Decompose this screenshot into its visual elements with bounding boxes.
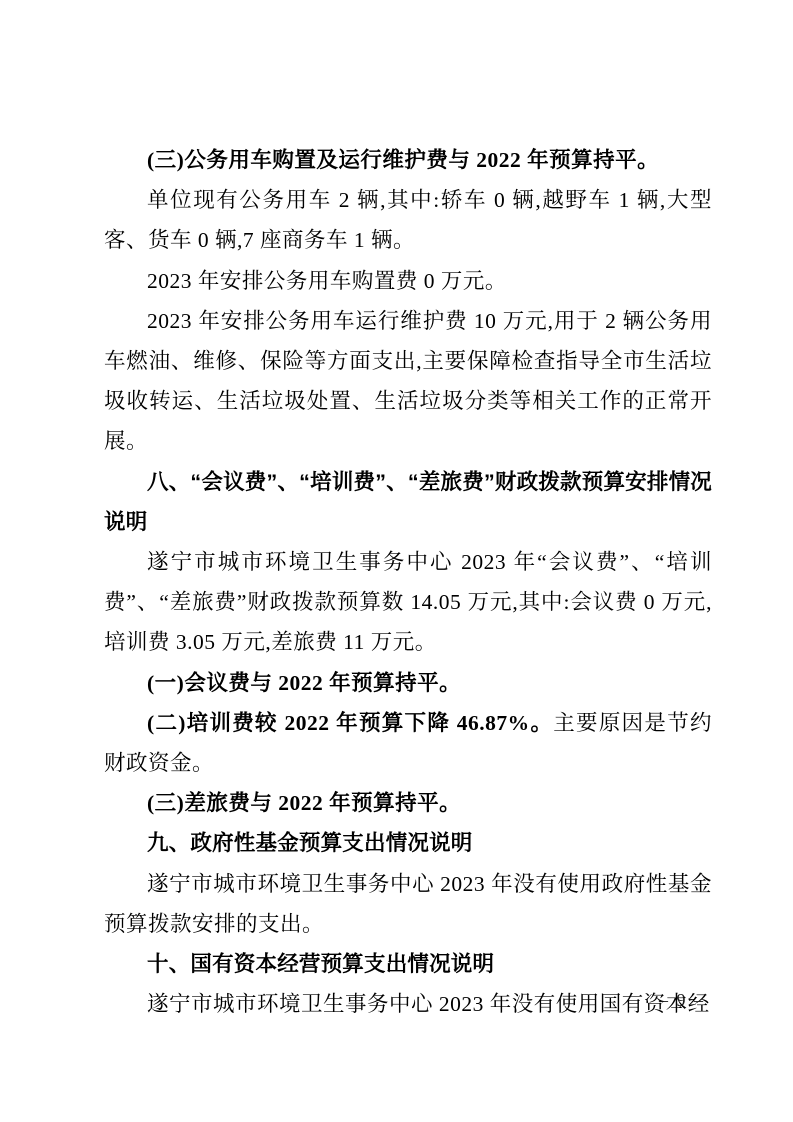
section-heading-ten-state-capital: 十、国有资本经营预算支出情况说明: [104, 944, 712, 984]
paragraph-vehicle-inventory: 单位现有公务用车 2 辆,其中:轿车 0 辆,越野车 1 辆,大型客、货车 0 …: [104, 180, 712, 260]
document-body: (三)公务用车购置及运行维护费与 2022 年预算持平。 单位现有公务用车 2 …: [104, 140, 712, 1024]
paragraph-meeting-fee-heading: (一)会议费与 2022 年预算持平。: [104, 663, 712, 703]
paragraph-gov-funds-statement: 遂宁市城市环境卫生事务中心 2023 年没有使用政府性基金预算拨款安排的支出。: [104, 864, 712, 944]
paragraph-vehicle-purchase-cost: 2023 年安排公务用车购置费 0 万元。: [104, 261, 712, 301]
paragraph-fees-overview: 遂宁市城市环境卫生事务中心 2023 年“会议费”、“培训费”、“差旅费”财政拨…: [104, 542, 712, 663]
document-page: (三)公务用车购置及运行维护费与 2022 年预算持平。 单位现有公务用车 2 …: [0, 0, 793, 1122]
page-number: – 9 –: [659, 990, 705, 1011]
section-heading-eight-fees: 八、“会议费”、“培训费”、“差旅费”财政拨款预算安排情况说明: [104, 462, 712, 542]
section-heading-nine-gov-funds: 九、政府性基金预算支出情况说明: [104, 823, 712, 863]
paragraph-vehicle-budget-heading: (三)公务用车购置及运行维护费与 2022 年预算持平。: [104, 140, 712, 180]
paragraph-state-capital-statement: 遂宁市城市环境卫生事务中心 2023 年没有使用国有资本经: [104, 984, 712, 1024]
paragraph-travel-fee-heading: (三)差旅费与 2022 年预算持平。: [104, 783, 712, 823]
paragraph-training-fee-mixed: (二)培训费较 2022 年预算下降 46.87%。主要原因是节约财政资金。: [104, 703, 712, 783]
training-fee-bold-lead: (二)培训费较 2022 年预算下降 46.87%。: [147, 711, 553, 735]
paragraph-vehicle-maintenance-cost: 2023 年安排公务用车运行维护费 10 万元,用于 2 辆公务用车燃油、维修、…: [104, 301, 712, 462]
